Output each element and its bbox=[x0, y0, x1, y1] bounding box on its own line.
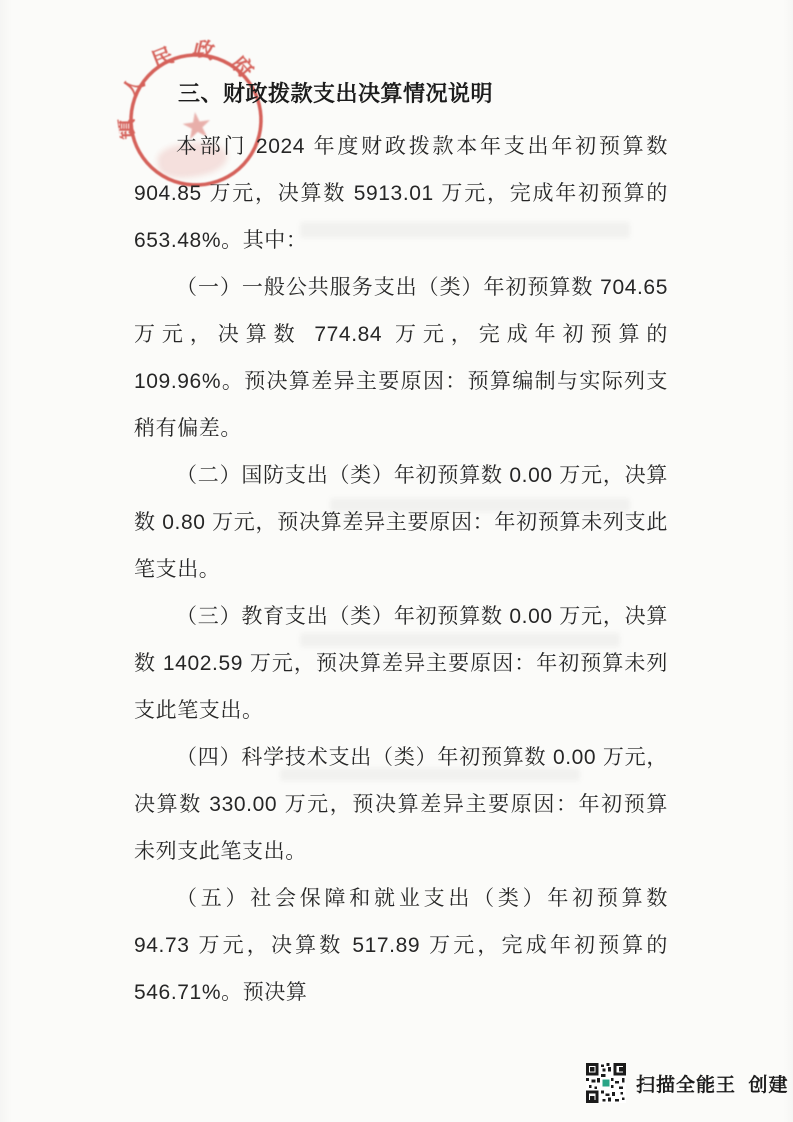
paragraph-education: （三）教育支出（类）年初预算数 0.00 万元，决算数 1402.59 万元，预… bbox=[134, 593, 668, 734]
paragraph-overview: 本部门 2024 年度财政拨款本年支出年初预算数 904.85 万元，决算数 5… bbox=[134, 123, 668, 264]
paragraph-general-public-services: （一）一般公共服务支出（类）年初预算数 704.65 万元，决算数 774.84… bbox=[134, 264, 668, 452]
scanned-document-page: 镇人民政府 ★ 三、财政拨款支出决算情况说明 本部门 2024 年度财政拨款本年… bbox=[0, 0, 793, 1122]
document-body: 三、财政拨款支出决算情况说明 本部门 2024 年度财政拨款本年支出年初预算数 … bbox=[134, 70, 668, 1016]
paragraph-social-security-employment: （五）社会保障和就业支出（类）年初预算数 94.73 万元，决算数 517.89… bbox=[134, 875, 668, 1016]
qr-code-icon bbox=[586, 1063, 626, 1103]
scanner-watermark: 扫描全能王 创建 bbox=[586, 1063, 789, 1103]
paragraph-national-defense: （二）国防支出（类）年初预算数 0.00 万元，决算数 0.80 万元，预决算差… bbox=[134, 452, 668, 593]
section-heading: 三、财政拨款支出决算情况说明 bbox=[134, 70, 668, 117]
paragraph-science-technology: （四）科学技术支出（类）年初预算数 0.00 万元，决算数 330.00 万元，… bbox=[134, 734, 668, 875]
watermark-label: 扫描全能王 创建 bbox=[636, 1070, 789, 1097]
